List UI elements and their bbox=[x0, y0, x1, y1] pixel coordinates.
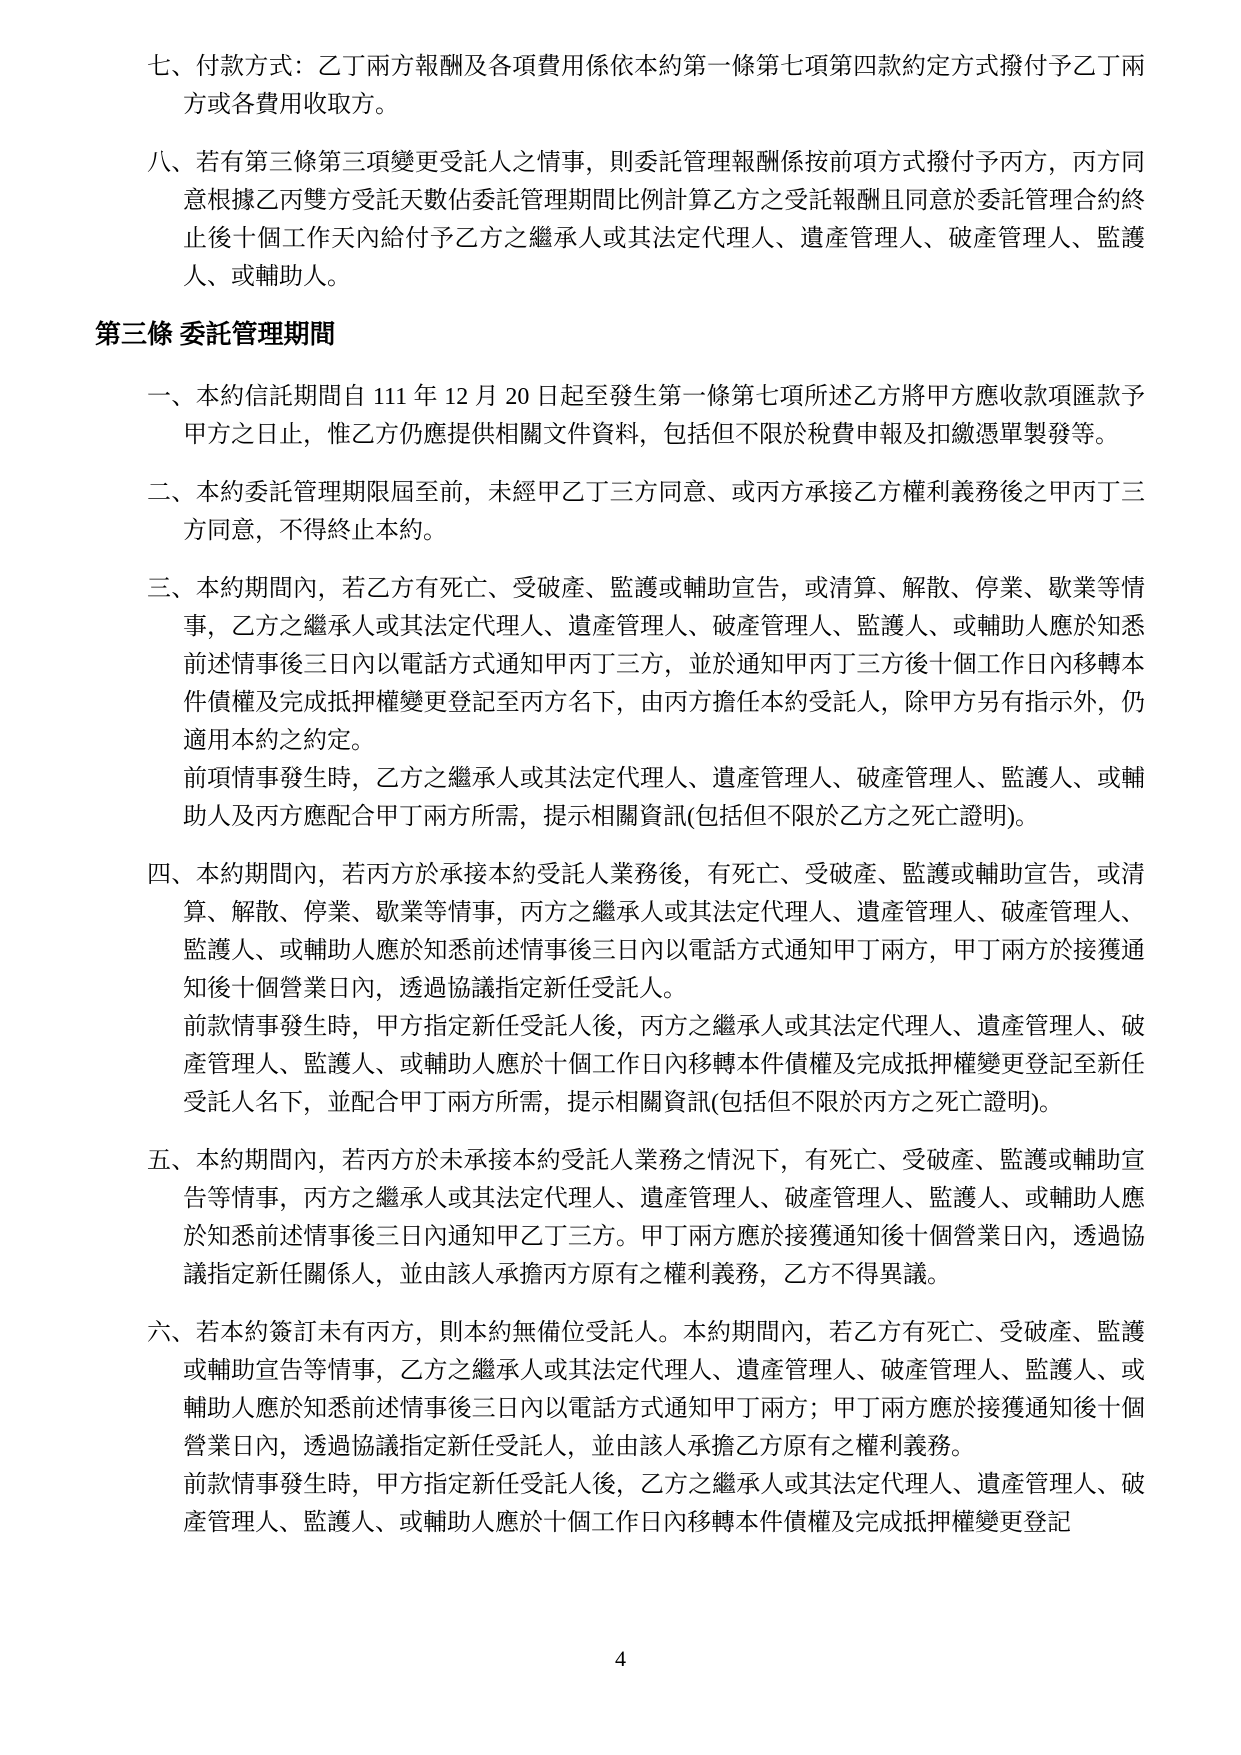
clause-paragraph: 八、若有第三條第三項變更受託人之情事，則委託管理報酬係按前項方式撥付予丙方，丙方… bbox=[183, 144, 1145, 296]
clause-continuation-paragraph: 前項情事發生時，乙方之繼承人或其法定代理人、遺產管理人、破產管理人、監護人、或輔… bbox=[183, 760, 1145, 836]
clause-paragraph: 二、本約委託管理期限屆至前，未經甲乙丁三方同意、或丙方承接乙方權利義務後之甲丙丁… bbox=[183, 474, 1145, 550]
clause-paragraph: 五、本約期間內，若丙方於未承接本約受託人業務之情況下，有死亡、受破產、監護或輔助… bbox=[183, 1142, 1145, 1294]
clause-number: 二、 bbox=[147, 480, 196, 506]
document-content: 七、付款方式：乙丁兩方報酬及各項費用係依本約第一條第七項第四款約定方式撥付予乙丁… bbox=[0, 0, 1241, 1542]
clause-text: 付款方式：乙丁兩方報酬及各項費用係依本約第一條第七項第四款約定方式撥付予乙丁兩方… bbox=[183, 54, 1145, 118]
clause-text: 本約委託管理期限屆至前，未經甲乙丁三方同意、或丙方承接乙方權利義務後之甲丙丁三方… bbox=[183, 480, 1145, 544]
clause-text: 本約信託期間自 111 年 12 月 20 日起至發生第一條第七項所述乙方將甲方… bbox=[183, 384, 1145, 448]
clause-number: 六、 bbox=[147, 1320, 196, 1346]
contract-clause: 四、本約期間內，若丙方於承接本約受託人業務後，有死亡、受破產、監護或輔助宣告，或… bbox=[95, 856, 1145, 1122]
clause-number: 一、 bbox=[147, 384, 196, 410]
contract-clause: 一、本約信託期間自 111 年 12 月 20 日起至發生第一條第七項所述乙方將… bbox=[95, 378, 1145, 454]
clause-continuation-paragraph: 前款情事發生時，甲方指定新任受託人後，乙方之繼承人或其法定代理人、遺產管理人、破… bbox=[183, 1466, 1145, 1542]
clause-paragraph: 三、本約期間內，若乙方有死亡、受破產、監護或輔助宣告，或清算、解散、停業、歇業等… bbox=[183, 570, 1145, 760]
clause-continuation-paragraph: 前款情事發生時，甲方指定新任受託人後，丙方之繼承人或其法定代理人、遺產管理人、破… bbox=[183, 1008, 1145, 1122]
clause-paragraph: 四、本約期間內，若丙方於承接本約受託人業務後，有死亡、受破產、監護或輔助宣告，或… bbox=[183, 856, 1145, 1008]
clause-number: 三、 bbox=[147, 576, 196, 602]
contract-clause: 五、本約期間內，若丙方於未承接本約受託人業務之情況下，有死亡、受破產、監護或輔助… bbox=[95, 1142, 1145, 1294]
clause-paragraph: 一、本約信託期間自 111 年 12 月 20 日起至發生第一條第七項所述乙方將… bbox=[183, 378, 1145, 454]
clause-text: 本約期間內，若丙方於承接本約受託人業務後，有死亡、受破產、監護或輔助宣告，或清算… bbox=[183, 862, 1145, 1002]
page-number: 4 bbox=[0, 1646, 1241, 1672]
clause-number: 八、 bbox=[147, 150, 196, 176]
contract-document-page: 七、付款方式：乙丁兩方報酬及各項費用係依本約第一條第七項第四款約定方式撥付予乙丁… bbox=[0, 0, 1241, 1755]
section-heading: 第三條 委託管理期間 bbox=[95, 316, 1145, 354]
clause-number: 四、 bbox=[147, 862, 196, 888]
contract-clause: 三、本約期間內，若乙方有死亡、受破產、監護或輔助宣告，或清算、解散、停業、歇業等… bbox=[95, 570, 1145, 836]
clause-number: 七、 bbox=[147, 54, 196, 80]
clause-list-top: 七、付款方式：乙丁兩方報酬及各項費用係依本約第一條第七項第四款約定方式撥付予乙丁… bbox=[95, 48, 1145, 296]
clause-text: 本約期間內，若乙方有死亡、受破產、監護或輔助宣告，或清算、解散、停業、歇業等情事… bbox=[183, 576, 1145, 754]
clause-text: 本約期間內，若丙方於未承接本約受託人業務之情況下，有死亡、受破產、監護或輔助宣告… bbox=[183, 1148, 1145, 1288]
contract-clause: 六、若本約簽訂未有丙方，則本約無備位受託人。本約期間內，若乙方有死亡、受破產、監… bbox=[95, 1314, 1145, 1542]
contract-clause: 八、若有第三條第三項變更受託人之情事，則委託管理報酬係按前項方式撥付予丙方，丙方… bbox=[95, 144, 1145, 296]
clause-number: 五、 bbox=[147, 1148, 196, 1174]
contract-clause: 七、付款方式：乙丁兩方報酬及各項費用係依本約第一條第七項第四款約定方式撥付予乙丁… bbox=[95, 48, 1145, 124]
clause-text: 若有第三條第三項變更受託人之情事，則委託管理報酬係按前項方式撥付予丙方，丙方同意… bbox=[183, 150, 1145, 290]
clause-text: 若本約簽訂未有丙方，則本約無備位受託人。本約期間內，若乙方有死亡、受破產、監護或… bbox=[183, 1320, 1145, 1460]
clause-list-section-three: 一、本約信託期間自 111 年 12 月 20 日起至發生第一條第七項所述乙方將… bbox=[95, 378, 1145, 1542]
clause-paragraph: 七、付款方式：乙丁兩方報酬及各項費用係依本約第一條第七項第四款約定方式撥付予乙丁… bbox=[183, 48, 1145, 124]
contract-clause: 二、本約委託管理期限屆至前，未經甲乙丁三方同意、或丙方承接乙方權利義務後之甲丙丁… bbox=[95, 474, 1145, 550]
clause-paragraph: 六、若本約簽訂未有丙方，則本約無備位受託人。本約期間內，若乙方有死亡、受破產、監… bbox=[183, 1314, 1145, 1466]
